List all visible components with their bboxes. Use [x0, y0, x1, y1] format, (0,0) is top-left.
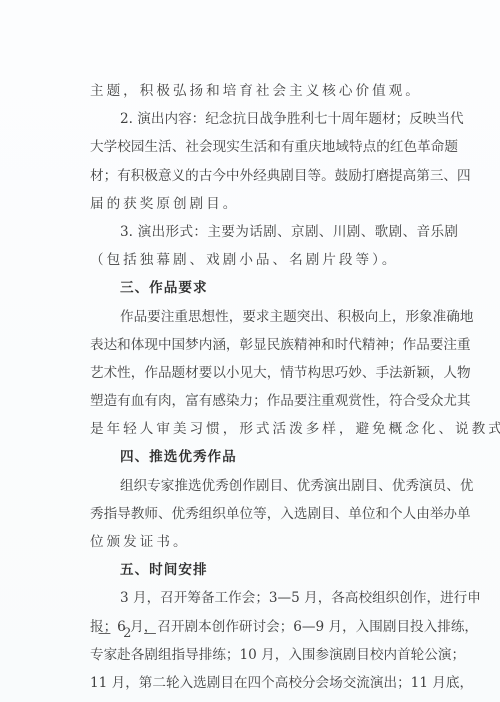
paragraph-line: 材；有积极意义的古今中外经典剧目等。鼓励打磨提高第三、四 [90, 162, 458, 190]
section-heading-schedule: 五、时间安排 [90, 556, 458, 584]
paragraph-line-item-3: 3. 演出形式：主要为话剧、京剧、川剧、歌剧、音乐剧 [90, 218, 458, 246]
paragraph-line: 组织专家推选优秀创作剧目、优秀演出剧目、优秀演员、优 [90, 472, 458, 500]
section-heading-selection: 四、推选优秀作品 [90, 443, 458, 471]
paragraph-line: 塑造有血有肉，富有感染力；作品要注重观赏性，符合受众尤其 [90, 387, 458, 415]
page-number: — 2 — [98, 626, 161, 641]
paragraph-line: 表达和体现中国梦内涵，彰显民族精神和时代精神；作品要注重 [90, 331, 458, 359]
paragraph-line: （包括独幕剧、戏剧小品、名剧片段等）。 [90, 246, 458, 274]
document-page: 主题，积极弘扬和培育社会主义核心价值观。 2. 演出内容：纪念抗日战争胜利七十周… [0, 0, 500, 702]
paragraph-line: 11 月，第二轮入选剧目在四个高校分会场交流演出；11 月底， [90, 669, 458, 697]
paragraph-line: 主题，积极弘扬和培育社会主义核心价值观。 [90, 77, 458, 105]
paragraph-line: 届的获奖原创剧目。 [90, 190, 458, 218]
paragraph-line-item-2: 2. 演出内容：纪念抗日战争胜利七十周年题材；反映当代 [90, 105, 458, 133]
paragraph-line: 位颁发证书。 [90, 528, 458, 556]
paragraph-line: 专家赴各剧组指导排练；10 月，入围参演剧目校内首轮公演； [90, 641, 458, 669]
document-body: 主题，积极弘扬和培育社会主义核心价值观。 2. 演出内容：纪念抗日战争胜利七十周… [90, 77, 458, 697]
paragraph-line: 大学校园生活、社会现实生活和有重庆地域特点的红色革命题 [90, 133, 458, 161]
paragraph-line: 是年轻人审美习惯，形式活泼多样，避免概念化、说教式。 [90, 415, 458, 443]
section-heading-requirements: 三、作品要求 [90, 274, 458, 302]
paragraph-line: 3 月，召开筹备工作会；3—5 月，各高校组织创作，进行申 [90, 584, 458, 612]
paragraph-line: 秀指导教师、优秀组织单位等，入选剧目、单位和个人由举办单 [90, 500, 458, 528]
paragraph-line: 作品要注重思想性，要求主题突出、积极向上，形象准确地 [90, 303, 458, 331]
paragraph-line: 艺术性，作品题材要以小见大，情节构思巧妙、手法新颖，人物 [90, 359, 458, 387]
